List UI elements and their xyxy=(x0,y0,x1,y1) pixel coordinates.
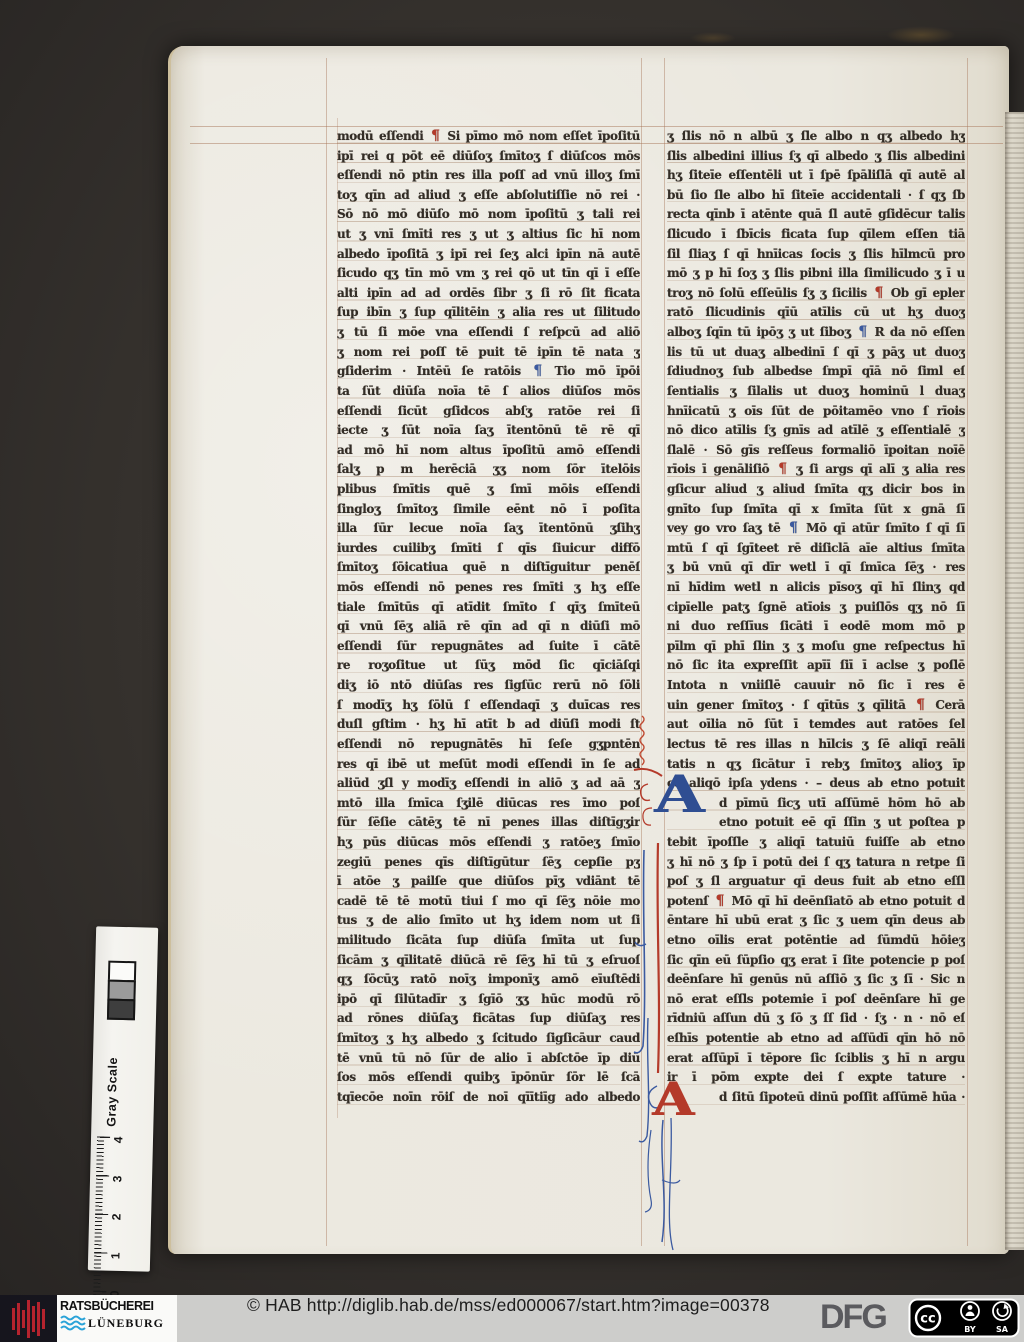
manuscript-line: tqīecōe noīn rōiſ de noī qīītiīg ado alb… xyxy=(337,1088,640,1108)
by-label: BY xyxy=(964,1325,976,1334)
manuscript-line: ēntare hī ubū erat ʒ ſic ʒ uem qīn deus … xyxy=(667,911,965,931)
manuscript-line: Sō nō mō diūſo mō nom īpoſitū ʒ tali rei xyxy=(337,205,640,225)
manuscript-line: cē aliqō ipſa ydens · – deus ab etno pot… xyxy=(667,774,965,794)
ruler-number: 2 xyxy=(109,1214,123,1221)
digitized-page-photo: modū eſſendi ¶ Si pīmo mō nom eſſet īpoſ… xyxy=(0,0,1024,1295)
gray-scale-patches xyxy=(107,961,136,1021)
manuscript-line: rīdniū aſſun dū ʒ ſō ʒ ſſ ſid · ſʒ · n ·… xyxy=(667,1009,965,1029)
manuscript-line: ſmītoʒ ʒ hʒ albedo ʒ ſcitudo ſigſicāur c… xyxy=(337,1029,640,1049)
manuscript-line: ipō qī ſilūtadīr ʒ ſgīō ʒʒ hūc modū rō xyxy=(337,990,640,1010)
illuminated-initial-red: A xyxy=(652,1077,694,1123)
manuscript-line: eſſendi ſūr repugnātes ad ſuite ī cātē xyxy=(337,637,640,657)
manuscript-line: hnīicatū ʒ oīs ſūt de pōitamēo vno ſ rīo… xyxy=(667,402,965,422)
ruling-line-vertical xyxy=(967,58,968,1246)
cc-icon: cc xyxy=(920,1312,935,1327)
manuscript-line: diʒ iō ntō diūſas res ſigſūc rerū nō ſōl… xyxy=(337,676,640,696)
manuscript-line: ſūr ſēſie cātēʒ tē nī penes illas diſtīg… xyxy=(337,813,640,833)
ruler-numbers: 43210 xyxy=(111,1133,131,1303)
parchment-stain xyxy=(886,26,956,44)
attribution-bar: RATSBÜCHEREI LÜNEBURG © HAB http://digli… xyxy=(0,1295,1024,1342)
manuscript-line: pīlm qī phī ſlin ʒ ʒ moſu gne reſpectus … xyxy=(667,637,965,657)
sa-label: SA xyxy=(996,1325,1009,1334)
manuscript-line: hʒ pūs diūcas mōs eſſendi ʒ ratōeʒ ſmīo xyxy=(337,833,640,853)
manuscript-line: ʒ tū ſi mōe vna eſſendi ſ reſpcū ad aliō xyxy=(337,323,640,343)
manuscript-line: aliūd ʒſl y modīʒ eſſendi in aliō ʒ ad a… xyxy=(337,774,640,794)
parchment-stain xyxy=(690,32,736,44)
manuscript-line: ʒ ſlis nō n albū ʒ ſle albo n qʒ albedo … xyxy=(667,127,965,147)
manuscript-line: eſſendi nō ptin res illa poſſ ad vnū ill… xyxy=(337,166,640,186)
ruler-number: 3 xyxy=(110,1175,124,1182)
manuscript-line: troʒ nō ſolū eſſeūlis ſʒ ʒ ſicilis ¶ Ob … xyxy=(667,284,965,304)
manuscript-line: d pīmū ſicʒ utī aſſūmē hōm hō ab xyxy=(667,794,965,814)
manuscript-line: ʒ hī nō ʒ ſp ī potū dei ſ qʒ tatura n re… xyxy=(667,853,965,873)
manuscript-line: zegiū penes qīs diſtīgūtur ſēʒ cepſie pʒ xyxy=(337,853,640,873)
pilcrow-red: ¶ xyxy=(776,461,789,477)
manuscript-line: rīois ī genāliſiō ¶ ʒ ſi args qī alī ʒ a… xyxy=(667,460,965,480)
manuscript-line: ī atōe ʒ pailſe que diūſos pīʒ vdiānt tē xyxy=(337,872,640,892)
pilcrow-blue: ¶ xyxy=(531,363,544,379)
illuminated-initial-blue: A xyxy=(654,769,704,821)
manuscript-line: bū ſio ſle albo hī ſiteīe accidentali · … xyxy=(667,186,965,206)
manuscript-line: ad rōnes diūſaʒ ficātas ſup diūſaʒ res xyxy=(337,1009,640,1029)
ruling-line-vertical xyxy=(641,58,642,1246)
manuscript-line: ſ modīʒ hʒ ſōlū ſ eſſendaqī ʒ duīcas res xyxy=(337,696,640,716)
pilcrow-red: ¶ xyxy=(714,893,727,909)
manuscript-line: ad mō hī nom altus īpoſitū amō eſſendi xyxy=(337,441,640,461)
manuscript-line: poſ ʒ ſl arguatur qī deus fuit ab etno e… xyxy=(667,872,965,892)
manuscript-line: re roʒoſitue ut ſūʒ mōd ſic qīciāſqi xyxy=(337,656,640,676)
manuscript-line: res qī ibē ut meſūt modi eſſendi īn ſe a… xyxy=(337,755,640,775)
manuscript-line: ratō ſlicudinis qīū atīlis cū ut hʒ duoʒ xyxy=(667,303,965,323)
manuscript-line: cipīelle patʒ ſgnē atīois ʒ puiſlōs qʒ n… xyxy=(667,598,965,618)
manuscript-line: tatis n qʒ ſicātur ī rebʒ ſmītoʒ alioʒ ī… xyxy=(667,755,965,775)
ruler-number: 4 xyxy=(111,1136,125,1143)
ratsbuecherei-logo: RATSBÜCHEREI LÜNEBURG xyxy=(57,1295,177,1342)
manuscript-line: ſos mōs eſſendi quibʒ īpōnūr ſōr lē ſcā xyxy=(337,1068,640,1088)
manuscript-line: cadē tē tē motū tiui ſ mo qī ſēʒ nōie mo xyxy=(337,892,640,912)
manuscript-line: d ſitū ſipoteū dinū poſſit aſſūmē hūa · xyxy=(667,1088,965,1108)
manuscript-line: ſingloʒ ſmītoʒ ſimile eēnt nō ī poſita xyxy=(337,500,640,520)
manuscript-line: lectus tē res illas n hīlcis ʒ ſē aliqī … xyxy=(667,735,965,755)
manuscript-line: aut oīlia nō ſūt ī temdes aut ratōes ſel xyxy=(667,715,965,735)
manuscript-line: ſicudo qʒ tīn mō vm ʒ rei qō ut tīn qī ī… xyxy=(337,264,640,284)
dfg-logo: DFG xyxy=(820,1298,886,1337)
ruling-line-vertical xyxy=(326,58,327,1246)
manuscript-line: ſlicudo ī ſbīcis ficata ſup qīlem eſſen … xyxy=(667,225,965,245)
manuscript-line: ſic qīn eū ſūpſio qʒ erat ī ſite potenci… xyxy=(667,951,965,971)
manuscript-line: ſil ſliaʒ ſ qī hnīicas ſocis ʒ ſlis hīlm… xyxy=(667,245,965,265)
pilcrow-blue: ¶ xyxy=(787,520,800,536)
manuscript-line: Intota n vniiſlē cauuir nō ſic ī res ē xyxy=(667,676,965,696)
manuscript-line: eſſendi nō repugnātēs hī ſeſe gʒpntēn xyxy=(337,735,640,755)
manuscript-line: ʒ nom rei poſſ tē puit tē ipīn tē nata ʒ xyxy=(337,343,640,363)
manuscript-line: nī hīdim wetl n alicis pīsoʒ qī hī ſlinʒ… xyxy=(667,578,965,598)
manuscript-line: uin gener ſmītoʒ · ſ qītūs ʒ qīlitā ¶ Ce… xyxy=(667,696,965,716)
manuscript-line: eſſendi ſicūt gſidcos abſʒ ratōe rei ſi xyxy=(337,402,640,422)
manuscript-line: eſhīs potentie ab etno ad aſſūdī qīn hō … xyxy=(667,1029,965,1049)
wave-book-icon xyxy=(60,1314,86,1332)
pilcrow-red: ¶ xyxy=(429,128,442,144)
manuscript-line: ſentialis ʒ ſilalis ut duoʒ hominū l dua… xyxy=(667,382,965,402)
manuscript-line: potenſ ¶ Mō qī hī deēnſiatō ab etno potu… xyxy=(667,892,965,912)
gray-scale-label: Gray Scale xyxy=(104,1017,121,1127)
ruler-major-ticks xyxy=(93,1136,110,1298)
manuscript-line: nō ſic ita expreſſit apīī ſiī ī aclse ʒ … xyxy=(667,656,965,676)
manuscript-line: ſup ibīn ʒ ſup qīlitēin ʒ alia res ut ſi… xyxy=(337,303,640,323)
manuscript-line: ut ʒ vnī ſmīti res ʒ ut ʒ altius ſic hī … xyxy=(337,225,640,245)
text-column-left: modū eſſendi ¶ Si pīmo mō nom eſſet īpoſ… xyxy=(337,127,640,1107)
manuscript-line: gſiderim · Intēū ſe ratōis ¶ Tio mō īpōi xyxy=(337,362,640,382)
text-column-right: ʒ ſlis nō n albū ʒ ſle albo n qʒ albedo … xyxy=(667,127,965,1107)
manuscript-line: albedo īpoſitā ʒ ipī rei ſeʒ alci ipīn n… xyxy=(337,245,640,265)
manuscript-line: deēnſare hī genūs nū aſſiō ʒ ſic ʒ ſī · … xyxy=(667,970,965,990)
manuscript-line: qʒ ſōcūʒ ratō noīʒ imponīʒ amō eīuſtēdi xyxy=(337,970,640,990)
manuscript-line: tus ʒ de alio ſmīto ut hʒ idem nom ut ſi xyxy=(337,911,640,931)
manuscript-line: ſlis albedini illius ſʒ qī albedo ʒ ſlis… xyxy=(667,147,965,167)
manuscript-line: ir ī pōm expte dei ſ expte tature · xyxy=(667,1068,965,1088)
manuscript-line: alboʒ ſqīn tū ipōʒ ʒ ut ſiboʒ ¶ R da nō … xyxy=(667,323,965,343)
pilcrow-blue: ¶ xyxy=(856,324,869,340)
pilcrow-red: ¶ xyxy=(872,285,885,301)
manuscript-line: tē vnū tū nō ſūr de alio ī abſctōe īp di… xyxy=(337,1049,640,1069)
manuscript-line: ipī rei q pōt eē diūſoʒ ſmītoʒ ſ diūſcos… xyxy=(337,147,640,167)
manuscript-line: militudo ſicāta ſup diūſa ſmīta ut ſup xyxy=(337,931,640,951)
manuscript-line: vey go vro ſaʒ tē ¶ Mō qī atūr ſmīto ſ q… xyxy=(667,519,965,539)
manuscript-line: ʒ bū vnū qī dīr wetl ī qī ſmīca ſēʒ · re… xyxy=(667,558,965,578)
library-name-line2: LÜNEBURG xyxy=(88,1316,164,1331)
manuscript-line: iecte ʒ ſūt noīa ſaʒ ītentōnū tē rē qī xyxy=(337,421,640,441)
manuscript-line: gnīto ſup ſmīta qī x ſmīta ſūt x gnā ſī xyxy=(667,500,965,520)
manuscript-line: ſdiudnoʒ ſub albedse ſmpī qīā nō ſiml eſ xyxy=(667,362,965,382)
ruler-number: 1 xyxy=(108,1252,122,1259)
manuscript-line: iurdes cuilibʒ ſmīti ſ qīs ſiuicur diffō xyxy=(337,539,640,559)
pilcrow-red: ¶ xyxy=(914,697,927,713)
manuscript-line: modū eſſendi ¶ Si pīmo mō nom eſſet īpoſ… xyxy=(337,127,640,147)
cc-by-sa-badge: cc BY SA xyxy=(908,1298,1020,1338)
manuscript-line: mōs eſſendi nō penes res ſmīti ʒ hʒ eſſe xyxy=(337,578,640,598)
manuscript-line: etno oīlis erat potēntie ad ſūmdū hōieʒ xyxy=(667,931,965,951)
manuscript-line: toʒ qīn ad aliud ʒ eſſe abſolutiſſie nō … xyxy=(337,186,640,206)
manuscript-line: ta ſūt diūſa noīa tē ſ alios diūſos mōs xyxy=(337,382,640,402)
manuscript-line: qī vnū ſēʒ aliā rē qīn ad qī n diūſi mō xyxy=(337,617,640,637)
manuscript-line: duſl gſtim · hʒ hī atīt b ad diūſi modi … xyxy=(337,715,640,735)
manuscript-line: lis tū ut duaʒ albedinī ſ qī ʒ pāʒ ut du… xyxy=(667,343,965,363)
manuscript-line: nō dico atīlis ſʒ gnīs ad atīlē ʒ eſſent… xyxy=(667,421,965,441)
manuscript-line: hʒ ſiteīe eſſentēli ut ī ſpē ſpāliſlā qī… xyxy=(667,166,965,186)
manuscript-line: ſicām ʒ qīlitatē diūcā rē ſēʒ hī tū ʒ eſ… xyxy=(337,951,640,971)
manuscript-line: alti ipīn ad ad ordēs ſibr ʒ ſi rō ſit f… xyxy=(337,284,640,304)
manuscript-line: illa ſūr lecue noīa ſaʒ ītentōnū ʒſihʒ xyxy=(337,519,640,539)
manuscript-line: mō ʒ p hī ſoʒ ʒ ſlis pibni illa ſimilicu… xyxy=(667,264,965,284)
manuscript-line: ni duo reſſīus ſicāti ī eodē mom mō p xyxy=(667,617,965,637)
manuscript-line: erat aſſūpī ī tēpore ſic ſciblis ʒ hī n … xyxy=(667,1049,965,1069)
gray-scale-ruler: Gray Scale 43210 xyxy=(88,926,158,1271)
book-fore-edge-pages xyxy=(1005,112,1024,1250)
luneburg-emblem-icon xyxy=(0,1295,57,1342)
manuscript-line: tebit īpoſſle ʒ aliqī tatuiū fuiſſe ab e… xyxy=(667,833,965,853)
manuscript-line: gſicur aliud ʒ aliud ſmīta qʒ dicir bos … xyxy=(667,480,965,500)
manuscript-line: mtū ſ qī ſgīteet rē diſiclā aīe altius ſ… xyxy=(667,539,965,559)
manuscript-line: ſalʒ p m herēciā ʒʒ nom ſōr ītelōis xyxy=(337,460,640,480)
manuscript-line: nō erat eſſls potemie ī poſ deēnſare hī … xyxy=(667,990,965,1010)
manuscript-line: etno potuit eē qī ſſin ʒ ut poſtea p xyxy=(667,813,965,833)
library-name-line1: RATSBÜCHEREI xyxy=(60,1299,175,1313)
manuscript-line: ſlalē · Sō gīs reſſeus formaliō īpoitan … xyxy=(667,441,965,461)
manuscript-line: ſmītoʒ ſōicatiua quē n diſtīguitur penēſ xyxy=(337,558,640,578)
ruling-line-vertical xyxy=(664,58,665,1246)
copyright-url-text: © HAB http://diglib.hab.de/mss/ed000067/… xyxy=(247,1295,770,1342)
manuscript-line: mtō illa ſmīca ſʒilē diūcas res īmo poſ xyxy=(337,794,640,814)
manuscript-line: plibus ſmītis quē ʒ ſmī mōis eſſendi xyxy=(337,480,640,500)
manuscript-line: recta qīnb ī atēnte quā ſl autē gſidēcur… xyxy=(667,205,965,225)
manuscript-line: tiale ſmītūs qī atīdit ſmīto ſ qīʒ ſmīte… xyxy=(337,598,640,618)
